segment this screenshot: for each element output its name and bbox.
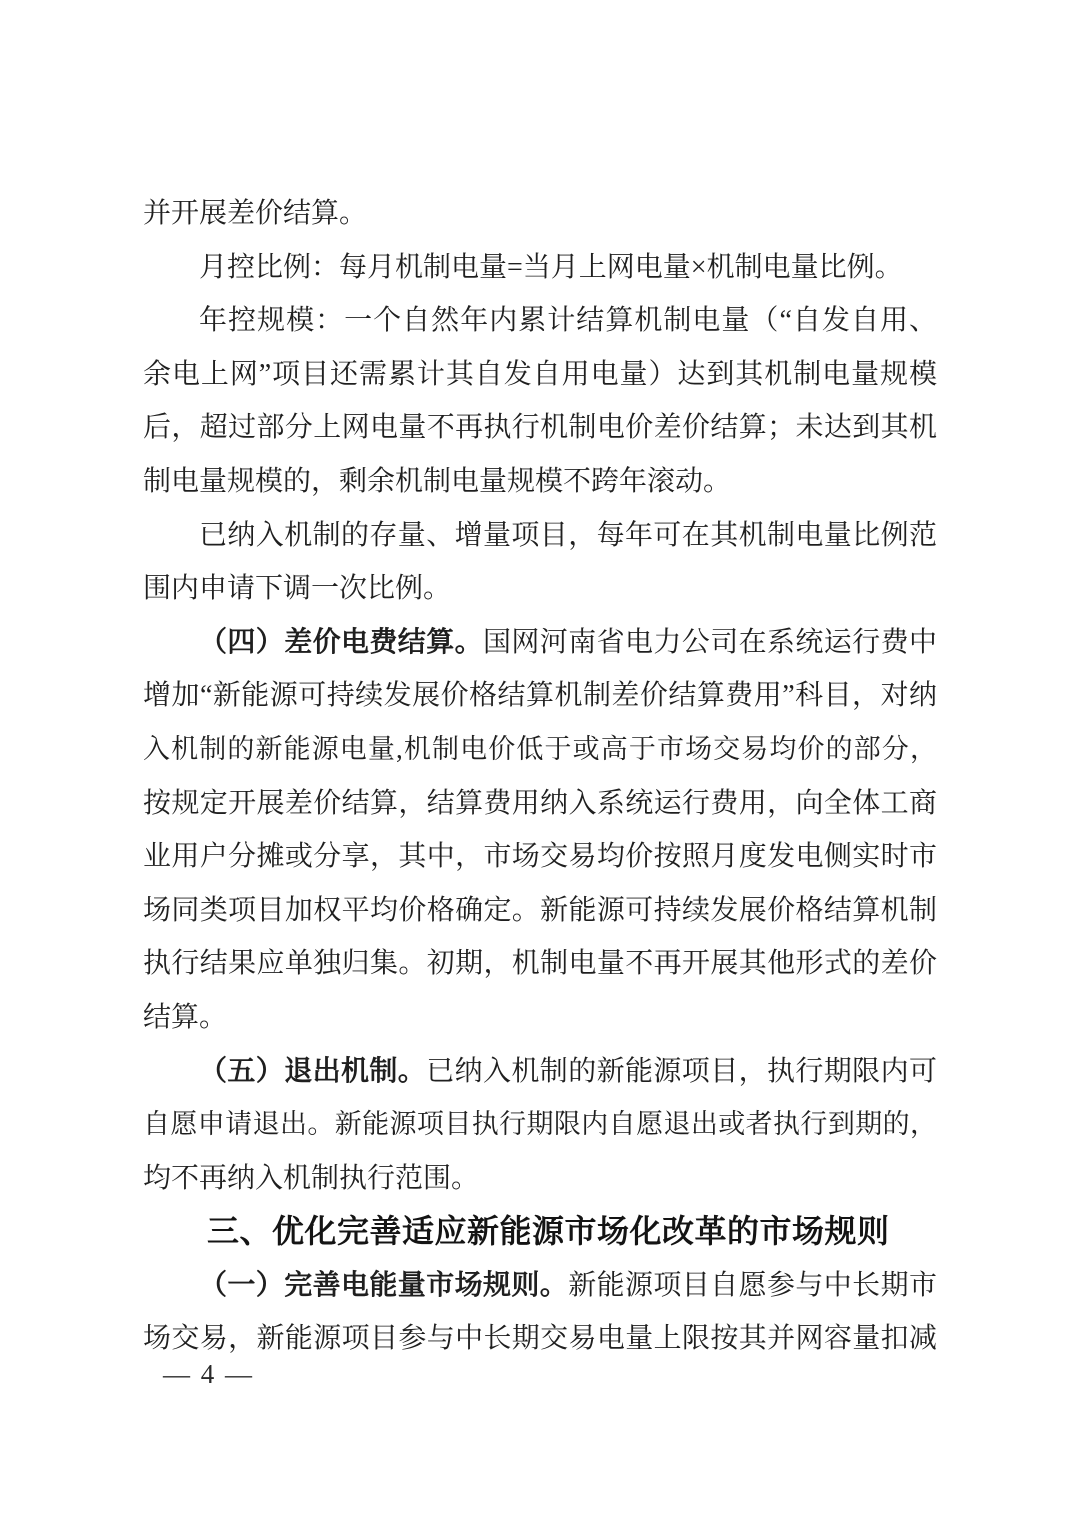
document-page: 并开展差价结算。月控比例：每月机制电量=当月上网电量×机制电量比例。年控规模：一… <box>0 0 1080 1527</box>
section-heading: 三、优化完善适应新能源市场化改革的市场规则 <box>143 1205 937 1259</box>
text-line: （一）完善电能量市场规则。新能源项目自愿参与中长期市 <box>143 1259 937 1313</box>
subsection-title: （四）差价电费结算。 <box>199 627 483 658</box>
text-segment: 后，超过部分上网电量不再执行机制电价差价结算；未达到其机 <box>143 412 937 443</box>
text-segment: 场交易，新能源项目参与中长期交易电量上限按其并网容量扣减 <box>143 1323 937 1354</box>
text-line: （五）退出机制。已纳入机制的新能源项目，执行期限内可 <box>143 1045 937 1099</box>
text-segment: 已纳入机制的新能源项目，执行期限内可 <box>426 1056 937 1087</box>
text-line: 场交易，新能源项目参与中长期交易电量上限按其并网容量扣减 <box>143 1312 937 1366</box>
text-line: 已纳入机制的存量、增量项目，每年可在其机制电量比例范 <box>143 509 937 563</box>
text-segment: 三、优化完善适应新能源市场化改革的市场规则 <box>207 1213 890 1249</box>
text-line: 月控比例：每月机制电量=当月上网电量×机制电量比例。 <box>143 241 937 295</box>
text-line: 围内申请下调一次比例。 <box>143 562 937 616</box>
text-line: 场同类项目加权平均价格确定。新能源可持续发展价格结算机制 <box>143 884 937 938</box>
text-line: 制电量规模的，剩余机制电量规模不跨年滚动。 <box>143 455 937 509</box>
text-segment: 入机制的新能源电量,机制电价低于或高于市场交易均价的部分， <box>143 734 937 764</box>
text-line: 自愿申请退出。新能源项目执行期限内自愿退出或者执行到期的， <box>143 1098 937 1152</box>
text-segment: 并开展差价结算。 <box>143 198 367 229</box>
subsection-title: （五）退出机制。 <box>199 1056 426 1087</box>
text-line: 执行结果应单独归集。初期，机制电量不再开展其他形式的差价 <box>143 937 937 991</box>
text-segment: 按规定开展差价结算，结算费用纳入系统运行费用，向全体工商 <box>143 788 937 819</box>
text-line: 入机制的新能源电量,机制电价低于或高于市场交易均价的部分， <box>143 723 937 777</box>
text-line: 均不再纳入机制执行范围。 <box>143 1152 937 1206</box>
text-segment: 国网河南省电力公司在系统运行费中 <box>483 627 937 658</box>
text-segment: 新能源项目自愿参与中长期市 <box>568 1270 937 1301</box>
page-number: — 4 — <box>163 1358 254 1390</box>
text-line: 并开展差价结算。 <box>143 187 937 241</box>
text-segment: 执行结果应单独归集。初期，机制电量不再开展其他形式的差价 <box>143 948 937 979</box>
text-segment: 已纳入机制的存量、增量项目，每年可在其机制电量比例范 <box>199 520 937 551</box>
text-segment: 余电上网”项目还需累计其自发自用电量）达到其机制电量规模 <box>143 359 937 390</box>
text-line: 增加“新能源可持续发展价格结算机制差价结算费用”科目，对纳 <box>143 669 937 723</box>
text-segment: 自愿申请退出。新能源项目执行期限内自愿退出或者执行到期的， <box>143 1109 937 1139</box>
text-line: 结算。 <box>143 991 937 1045</box>
text-segment: 均不再纳入机制执行范围。 <box>143 1163 479 1194</box>
text-segment: 增加“新能源可持续发展价格结算机制差价结算费用”科目，对纳 <box>143 680 937 711</box>
text-line: 按规定开展差价结算，结算费用纳入系统运行费用，向全体工商 <box>143 777 937 831</box>
text-line: （四）差价电费结算。国网河南省电力公司在系统运行费中 <box>143 616 937 670</box>
document-body: 并开展差价结算。月控比例：每月机制电量=当月上网电量×机制电量比例。年控规模：一… <box>143 187 937 1366</box>
text-segment: 月控比例：每月机制电量=当月上网电量×机制电量比例。 <box>199 252 903 283</box>
text-segment: 场同类项目加权平均价格确定。新能源可持续发展价格结算机制 <box>143 895 937 926</box>
text-segment: 围内申请下调一次比例。 <box>143 573 451 604</box>
text-segment: 制电量规模的，剩余机制电量规模不跨年滚动。 <box>143 466 731 497</box>
text-segment: 结算。 <box>143 1002 227 1033</box>
text-segment: 业用户分摊或分享，其中，市场交易均价按照月度发电侧实时市 <box>143 841 937 872</box>
text-line: 业用户分摊或分享，其中，市场交易均价按照月度发电侧实时市 <box>143 830 937 884</box>
text-line: 余电上网”项目还需累计其自发自用电量）达到其机制电量规模 <box>143 348 937 402</box>
text-segment: 年控规模：一个自然年内累计结算机制电量（“自发自用、 <box>199 305 937 336</box>
subsection-title: （一）完善电能量市场规则。 <box>199 1270 568 1301</box>
text-line: 后，超过部分上网电量不再执行机制电价差价结算；未达到其机 <box>143 401 937 455</box>
text-line: 年控规模：一个自然年内累计结算机制电量（“自发自用、 <box>143 294 937 348</box>
